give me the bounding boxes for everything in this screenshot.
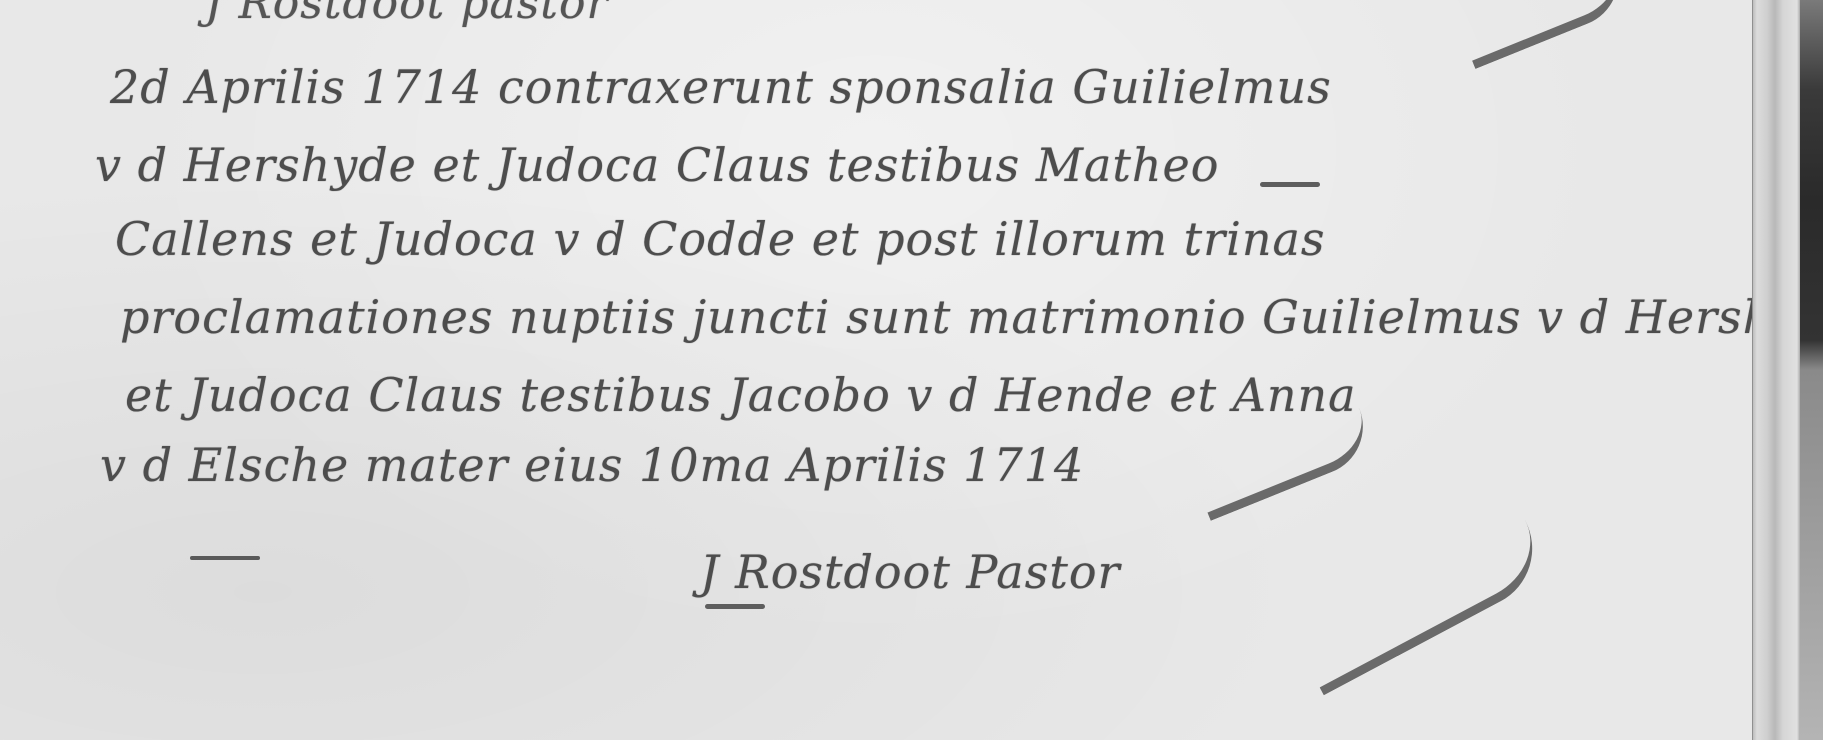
top-fragment-signature: J Rostdoot pastor	[205, 0, 609, 29]
margin-mark	[190, 556, 260, 560]
book-binding	[1800, 0, 1823, 740]
signature-flourish	[1287, 504, 1554, 696]
date-flourish	[1192, 408, 1377, 521]
pastor-signature: J Rostdoot Pastor	[700, 545, 1121, 599]
entry-line-3: Callens et Judoca v d Codde et post illo…	[115, 212, 1326, 266]
signature-cross-stroke	[705, 604, 765, 609]
entry-line-4: proclamationes nuptiis juncti sunt matri…	[120, 290, 1823, 344]
line-filler-dash	[1260, 182, 1320, 187]
entry-line-6: v d Elsche mater eius 10ma Aprilis 1714	[100, 438, 1084, 492]
signature-flourish-top	[1457, 0, 1633, 69]
entry-line-2: v d Hershyde et Judoca Claus testibus Ma…	[95, 138, 1219, 192]
entry-line-5: et Judoca Claus testibus Jacobo v d Hend…	[125, 368, 1357, 422]
scanned-document: J Rostdoot pastor 2d Aprilis 1714 contra…	[0, 0, 1823, 740]
manuscript-page: J Rostdoot pastor 2d Aprilis 1714 contra…	[0, 0, 1752, 740]
page-edge	[1752, 0, 1801, 740]
entry-line-1: 2d Aprilis 1714 contraxerunt sponsalia G…	[110, 60, 1332, 114]
